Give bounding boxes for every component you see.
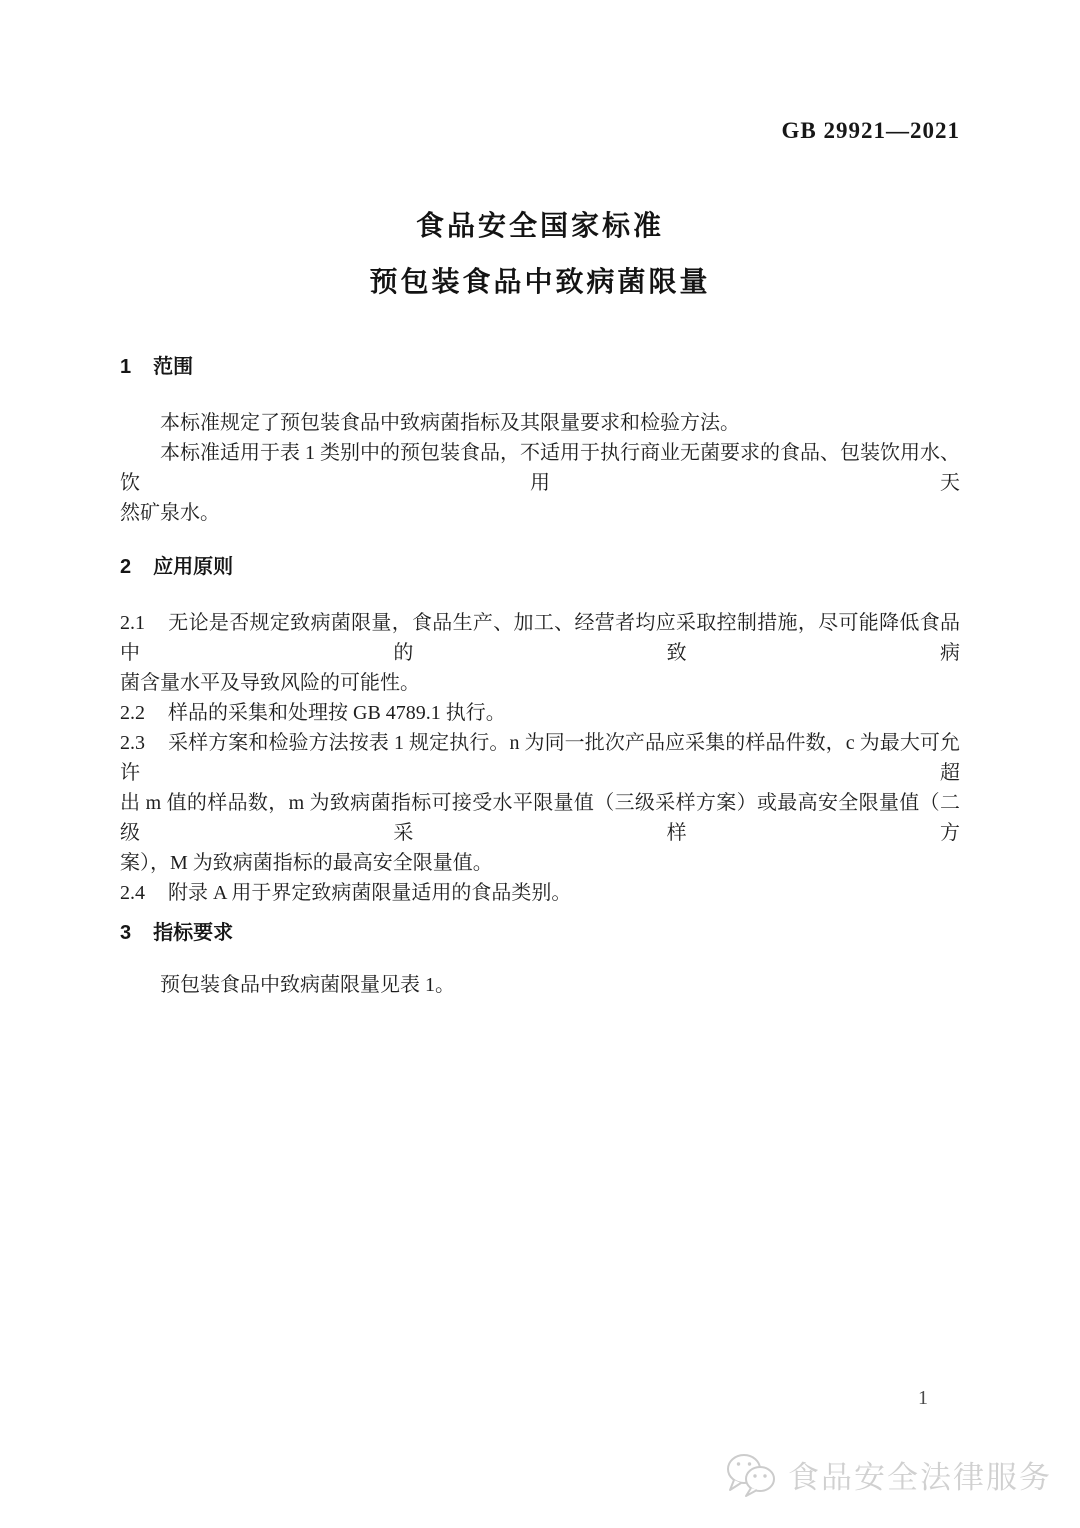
page-number: 1	[918, 1386, 928, 1410]
footer-watermark: 食品安全法律服务	[725, 1449, 1052, 1499]
body-line: 2.2样品的采集和处理按 GB 4789.1 执行。	[120, 698, 960, 728]
body-line: 2.3采样方案和检验方法按表 1 规定执行。n 为同一批次产品应采集的样品件数，…	[120, 728, 960, 788]
document-content: GB 29921—2021 食品安全国家标准 预包装食品中致病菌限量 1范围本标…	[120, 0, 960, 1000]
document-title-line2: 预包装食品中致病菌限量	[120, 264, 960, 300]
section-title: 范围	[153, 356, 193, 378]
standard-number: GB 29921—2021	[120, 116, 960, 146]
item-number: 2.4	[120, 882, 145, 904]
item-number: 2.2	[120, 702, 145, 724]
section-body: 本标准规定了预包装食品中致病菌指标及其限量要求和检验方法。本标准适用于表 1 类…	[120, 408, 960, 528]
section-title: 指标要求	[153, 922, 233, 944]
body-line: 本标准规定了预包装食品中致病菌指标及其限量要求和检验方法。	[120, 408, 960, 438]
section-heading: 2应用原则	[120, 554, 960, 580]
section-number: 3	[120, 922, 131, 944]
body-line: 然矿泉水。	[120, 498, 960, 528]
section-heading: 1范围	[120, 354, 960, 380]
body-line: 案），M 为致病菌指标的最高安全限量值。	[120, 848, 960, 878]
body-line: 菌含量水平及导致风险的可能性。	[120, 668, 960, 698]
body-line: 预包装食品中致病菌限量见表 1。	[120, 970, 960, 1000]
item-number: 2.3	[120, 732, 145, 754]
section-body: 2.1无论是否规定致病菌限量，食品生产、加工、经营者均应采取控制措施，尽可能降低…	[120, 608, 960, 908]
section-heading: 3指标要求	[120, 920, 960, 946]
item-number: 2.1	[120, 612, 145, 634]
document-title-line1: 食品安全国家标准	[120, 208, 960, 244]
body-line: 出 m 值的样品数，m 为致病菌指标可接受水平限量值（三级采样方案）或最高安全限…	[120, 788, 960, 848]
sections: 1范围本标准规定了预包装食品中致病菌指标及其限量要求和检验方法。本标准适用于表 …	[120, 354, 960, 1000]
section-title: 应用原则	[153, 556, 233, 578]
section-number: 2	[120, 556, 131, 578]
body-line: 2.1无论是否规定致病菌限量，食品生产、加工、经营者均应采取控制措施，尽可能降低…	[120, 608, 960, 668]
section-number: 1	[120, 356, 131, 378]
section-body: 预包装食品中致病菌限量见表 1。	[120, 970, 960, 1000]
document-page: GB 29921—2021 食品安全国家标准 预包装食品中致病菌限量 1范围本标…	[0, 0, 1080, 1528]
wechat-icon	[725, 1449, 779, 1499]
body-line: 本标准适用于表 1 类别中的预包装食品，不适用于执行商业无菌要求的食品、包装饮用…	[120, 438, 960, 498]
watermark-text: 食品安全法律服务	[788, 1452, 1052, 1497]
body-line: 2.4附录 A 用于界定致病菌限量适用的食品类别。	[120, 878, 960, 908]
